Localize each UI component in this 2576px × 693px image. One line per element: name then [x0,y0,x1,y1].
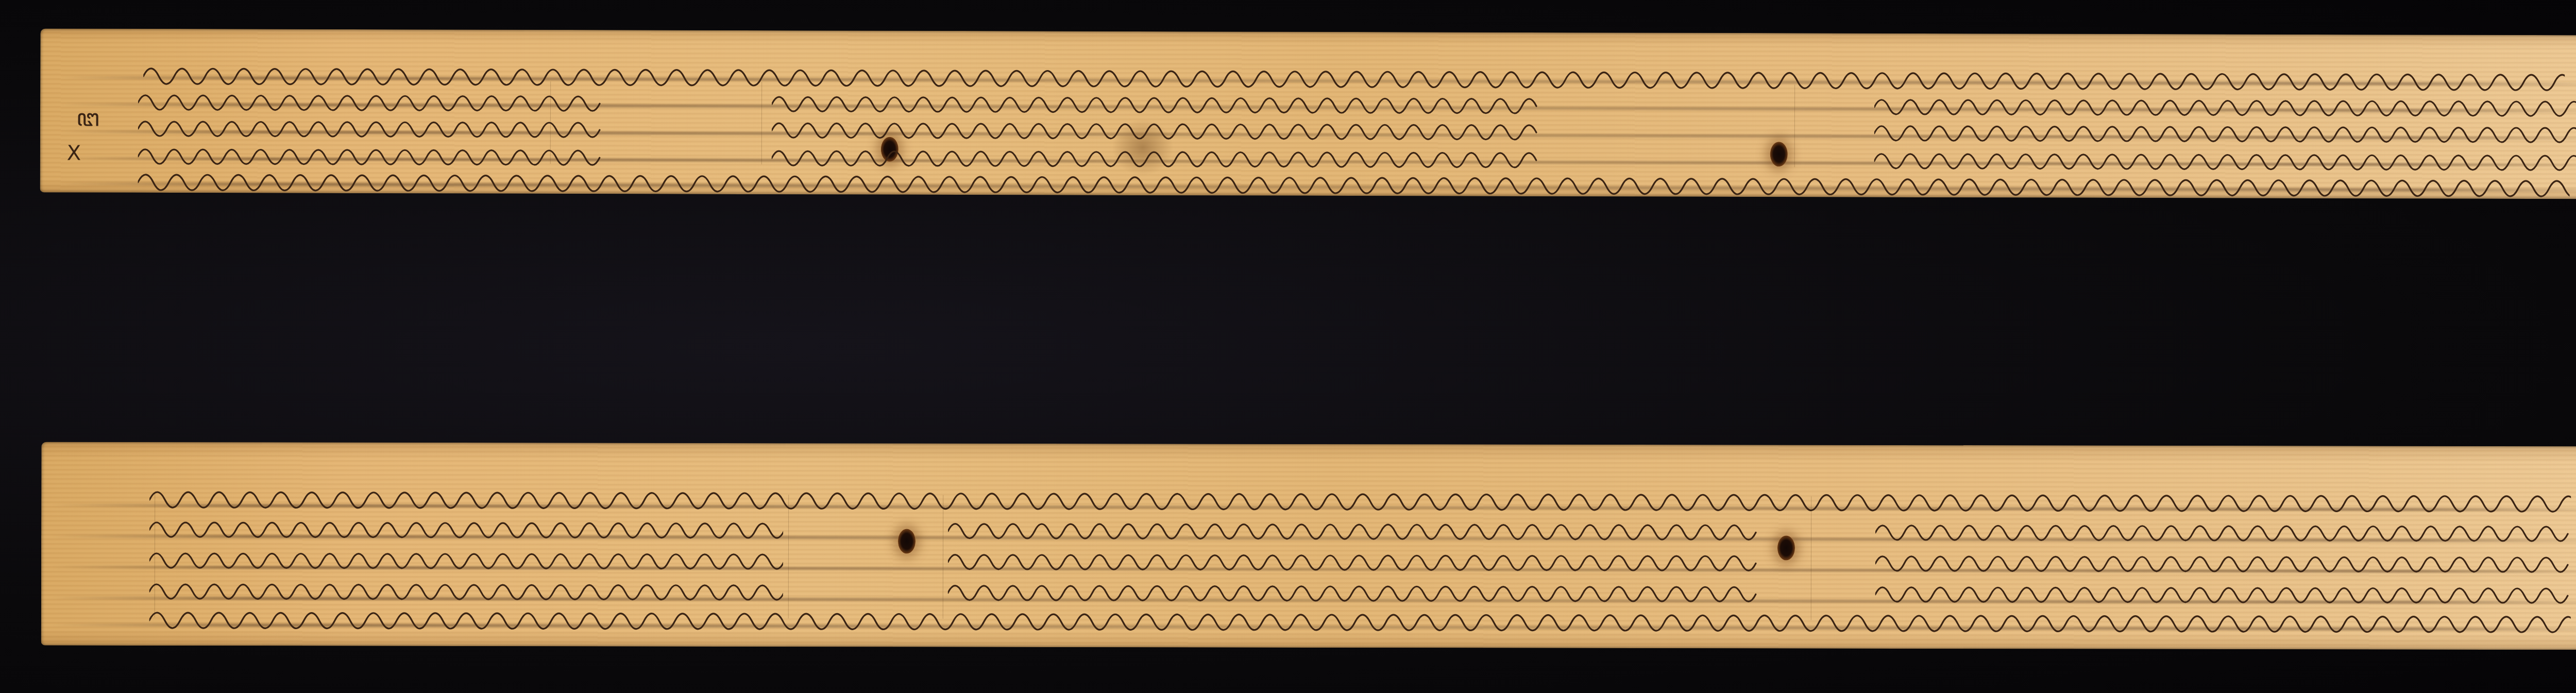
binding-hole-right [1777,535,1795,560]
margin-glyph-mark: ꦔ [76,106,99,130]
script-line-5 [138,150,2570,199]
binding-hole-left [898,529,916,554]
script-line-5 [149,586,2571,647]
margin-x-mark: X [67,143,81,164]
palm-leaf-bottom [41,442,2576,650]
palm-leaf-top: ꦔ X [40,28,2576,199]
